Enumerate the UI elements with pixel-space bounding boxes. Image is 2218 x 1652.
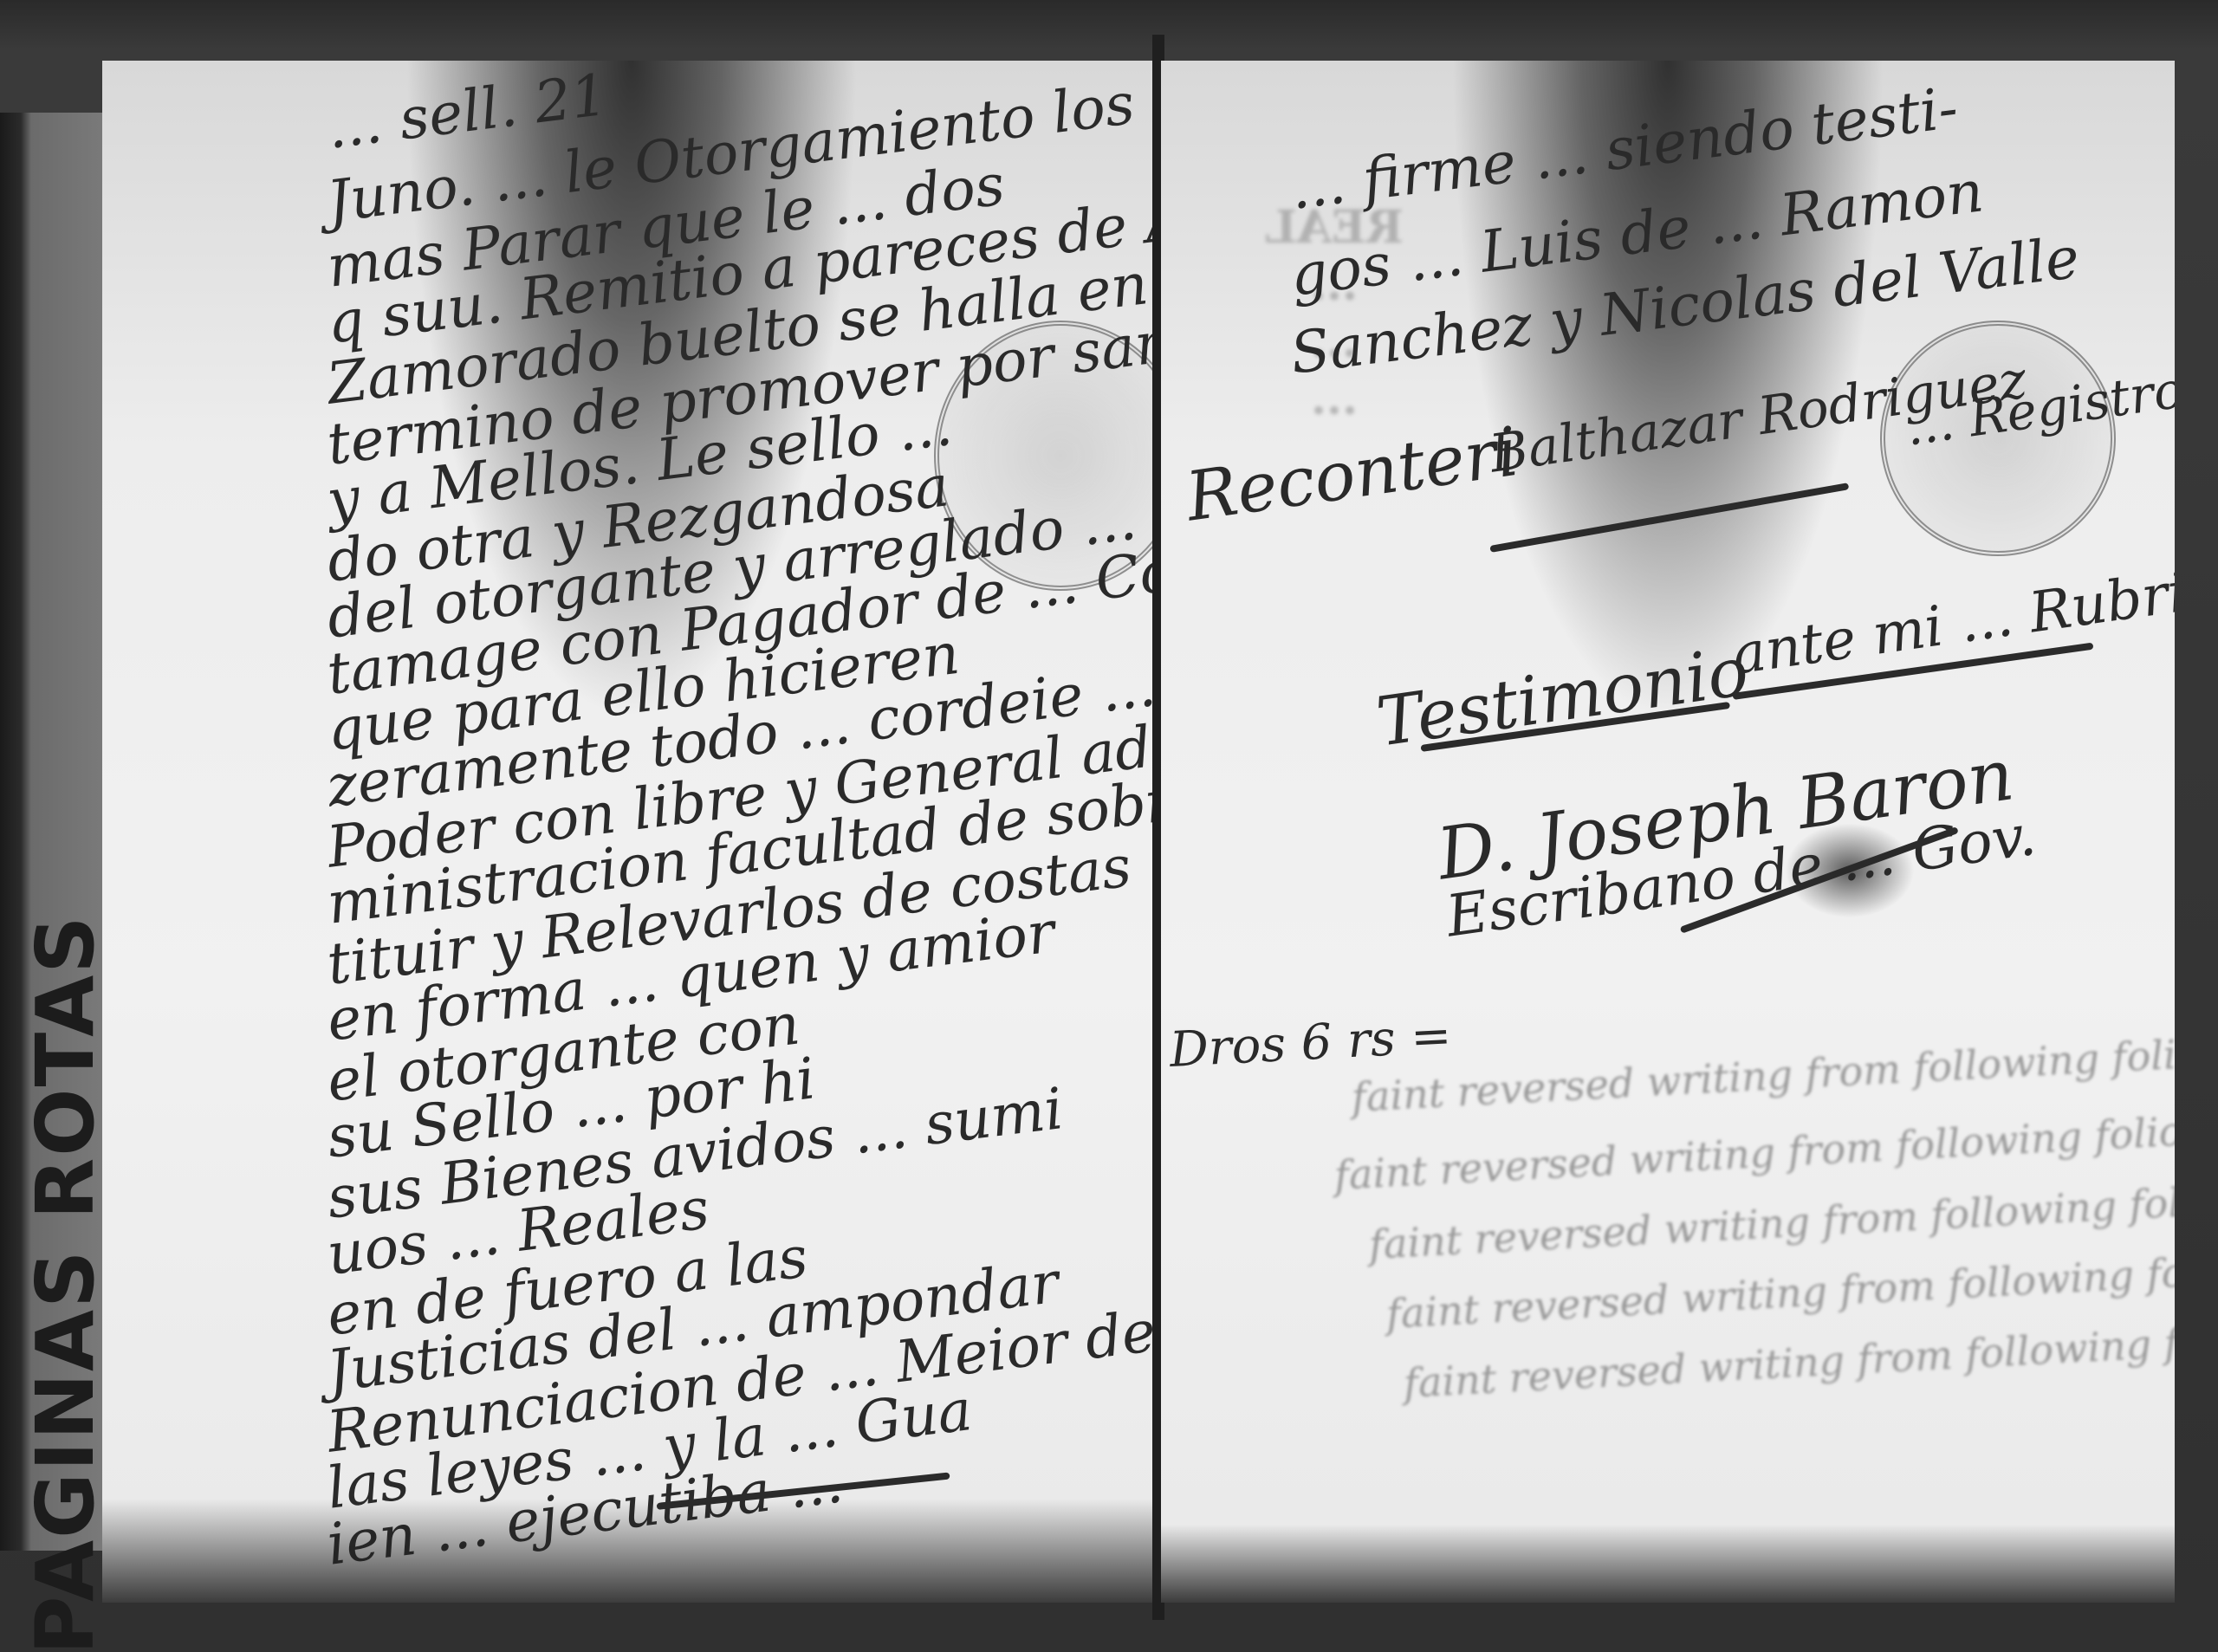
margin-note-fees: Dros 6 rs = bbox=[1168, 1007, 1453, 1079]
right-page: REAL ... ... ... ... firme ... siendo te… bbox=[1161, 61, 2175, 1603]
signature-label-1: Reconteri bbox=[1182, 413, 1523, 537]
left-page: ... sell. 21 Juno. ... le Otorgamiento l… bbox=[102, 61, 1161, 1603]
paginas-rotas-label: PAGINAS ROTAS bbox=[19, 615, 112, 1652]
ink-blot bbox=[1785, 823, 1915, 918]
bleed-through-1: faint reversed writing from following fo… bbox=[1351, 1030, 2175, 1121]
signature-label-3: Testimonio bbox=[1372, 632, 1754, 761]
signature-underline-1 bbox=[1489, 483, 1849, 553]
label-strip: PAGINAS ROTAS bbox=[0, 113, 104, 1551]
